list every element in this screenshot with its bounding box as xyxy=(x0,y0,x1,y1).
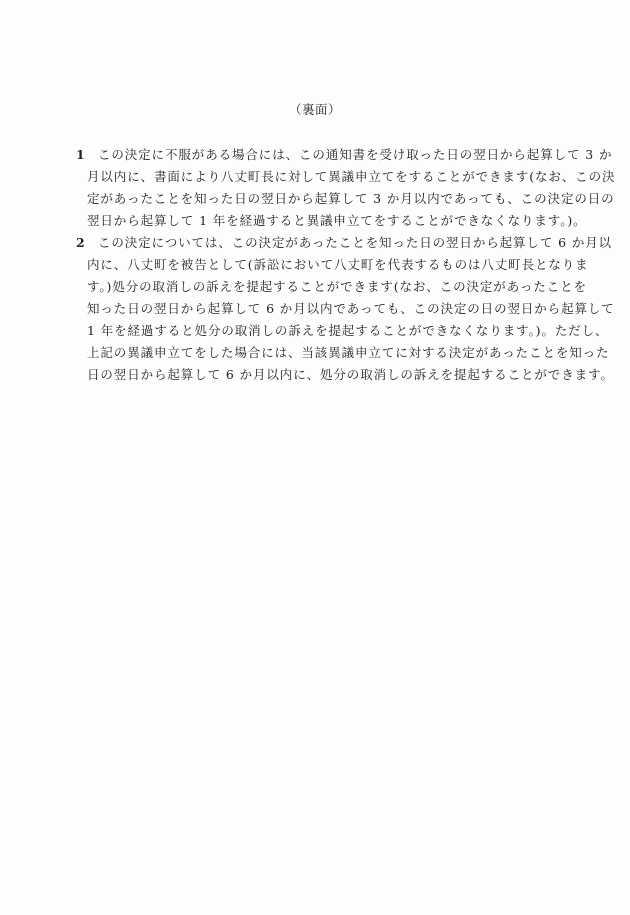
item-line: この決定については、この決定があったことを知った日の翌日から起算して 6 か月以 xyxy=(98,235,612,251)
item-number: 1 xyxy=(76,147,86,163)
item-line: この決定に不服がある場合には、この通知書を受け取った日の翌日から起算して 3 か xyxy=(98,147,612,163)
item-line: 日の翌日から起算して 6 か月以内に、処分の取消しの訴えを提起することができます… xyxy=(87,367,614,383)
item-line: 翌日から起算して 1 年を経過すると異議申立てをすることができなくなります。)。 xyxy=(87,213,587,229)
item-number: 2 xyxy=(76,235,86,251)
item-line: 内に、八丈町を被告として(訴訟において八丈町を代表するものは八丈町長となりま xyxy=(87,257,589,273)
item-line: 定があったことを知った日の翌日から起算して 3 か月以内であっても、この決定の日… xyxy=(87,191,615,207)
item-line: 1 年を経過すると処分の取消しの訴えを提起することができなくなります。)。ただし… xyxy=(87,323,608,339)
item-line: 月以内に、書面により八丈町長に対して異議申立てをすることができます(なお、この決 xyxy=(87,169,615,185)
page-title: （裏面） xyxy=(0,100,630,118)
item-line: す。)処分の取消しの訴えを提起することができます(なお、この決定があったことを xyxy=(87,279,587,295)
item-line: 上記の異議申立てをした場合には、当該異議申立てに対する決定があったことを知った xyxy=(87,345,609,361)
item-line: 知った日の翌日から起算して 6 か月以内であっても、この決定の日の翌日から起算し… xyxy=(87,301,615,317)
